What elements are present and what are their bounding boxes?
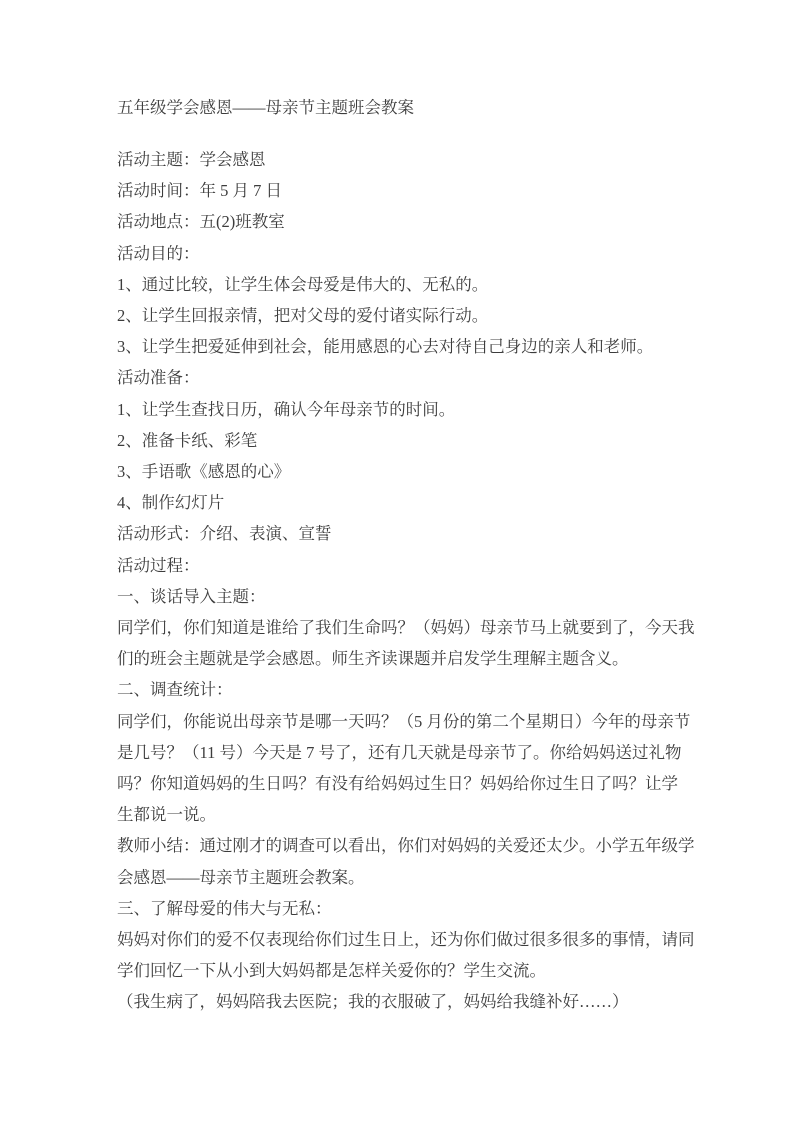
text-line: 教师小结：通过刚才的调查可以看出，你们对妈妈的关爱还太少。小学五年级学 [117, 830, 698, 861]
text-line: 2、准备卡纸、彩笔 [117, 425, 698, 456]
text-line: 活动准备： [117, 362, 698, 393]
text-line: 2、让学生回报亲情，把对父母的爱付诸实际行动。 [117, 300, 698, 331]
text-line: 3、手语歌《感恩的心》 [117, 456, 698, 487]
document-body: 活动主题：学会感恩活动时间：年 5 月 7 日活动地点：五(2)班教室活动目的：… [117, 144, 698, 1018]
text-line: 活动目的： [117, 238, 698, 269]
text-line: 同学们，你们知道是谁给了我们生命吗？（妈妈）母亲节马上就要到了，今天我 [117, 612, 698, 643]
text-line: 4、制作幻灯片 [117, 487, 698, 518]
text-line: 活动形式：介绍、表演、宣誓 [117, 518, 698, 549]
text-line: 活动主题：学会感恩 [117, 144, 698, 175]
document-page: 五年级学会感恩——母亲节主题班会教案 活动主题：学会感恩活动时间：年 5 月 7… [0, 0, 793, 1122]
document-title: 五年级学会感恩——母亲节主题班会教案 [117, 92, 698, 123]
text-line: 三、了解母爱的伟大与无私： [117, 893, 698, 924]
text-line: 活动过程： [117, 550, 698, 581]
text-line: 吗？你知道妈妈的生日吗？有没有给妈妈过生日？妈妈给你过生日了吗？让学 [117, 768, 698, 799]
text-line: 学们回忆一下从小到大妈妈都是怎样关爱你的？学生交流。 [117, 955, 698, 986]
text-line: 同学们，你能说出母亲节是哪一天吗？（5 月份的第二个星期日）今年的母亲节 [117, 706, 698, 737]
text-line: 二、调查统计： [117, 674, 698, 705]
text-line: （我生病了，妈妈陪我去医院；我的衣服破了，妈妈给我缝补好……） [117, 986, 698, 1017]
text-line: 1、通过比较，让学生体会母爱是伟大的、无私的。 [117, 269, 698, 300]
text-line: 会感恩——母亲节主题班会教案。 [117, 862, 698, 893]
text-line: 3、让学生把爱延伸到社会，能用感恩的心去对待自己身边的亲人和老师。 [117, 331, 698, 362]
text-line: 是几号？（11 号）今天是 7 号了，还有几天就是母亲节了。你给妈妈送过礼物 [117, 737, 698, 768]
text-line: 1、让学生查找日历，确认今年母亲节的时间。 [117, 394, 698, 425]
text-line: 一、谈话导入主题： [117, 581, 698, 612]
text-line: 们的班会主题就是学会感恩。师生齐读课题并启发学生理解主题含义。 [117, 643, 698, 674]
text-line: 生都说一说。 [117, 799, 698, 830]
text-line: 妈妈对你们的爱不仅表现给你们过生日上，还为你们做过很多很多的事情，请同 [117, 924, 698, 955]
text-line: 活动时间：年 5 月 7 日 [117, 175, 698, 206]
text-line: 活动地点：五(2)班教室 [117, 206, 698, 237]
